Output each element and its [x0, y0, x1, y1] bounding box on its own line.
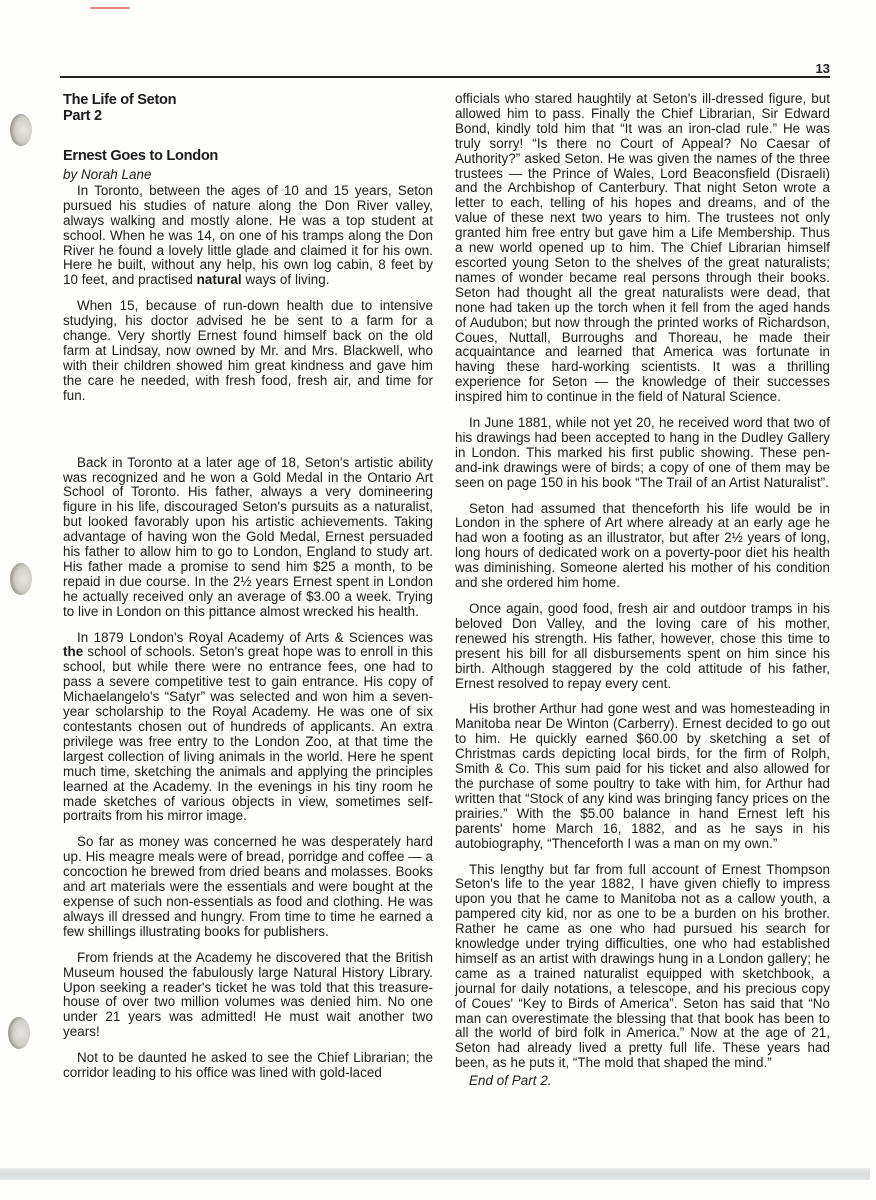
page-bottom-edge — [0, 1168, 870, 1180]
end-note: End of Part 2. — [455, 1074, 830, 1089]
paragraph: When 15, because of run-down health due … — [63, 299, 433, 403]
series-title: The Life of Seton — [63, 92, 433, 108]
red-pen-mark — [90, 7, 130, 9]
emphasis: the — [63, 644, 83, 659]
paragraph-continued: officials who stared haughtily at Seton'… — [455, 92, 830, 405]
paragraph: So far as money was concerned he was des… — [63, 835, 433, 939]
paragraph: From friends at the Academy he discovere… — [63, 951, 433, 1040]
paragraph: Once again, good food, fresh air and out… — [455, 602, 830, 691]
right-column: officials who stared haughtily at Seton'… — [455, 92, 830, 1089]
part-label: Part 2 — [63, 108, 433, 124]
punch-hole-middle — [10, 563, 32, 595]
paragraph: Back in Toronto at a later age of 18, Se… — [63, 456, 433, 620]
emphasis: natural — [197, 272, 242, 287]
paragraph: In 1879 London's Royal Academy of Arts &… — [63, 631, 433, 825]
header-rule — [60, 76, 830, 78]
punch-hole-top — [10, 114, 32, 146]
paragraph: This lengthy but far from full account o… — [455, 863, 830, 1072]
punch-hole-bottom — [8, 1017, 30, 1049]
page-number: 13 — [816, 61, 830, 76]
left-column: The Life of Seton Part 2 Ernest Goes to … — [63, 92, 433, 1092]
byline: by Norah Lane — [63, 168, 433, 183]
paragraph: His brother Arthur had gone west and was… — [455, 702, 830, 851]
paragraph: Not to be daunted he asked to see the Ch… — [63, 1051, 433, 1081]
paragraph: In June 1881, while not yet 20, he recei… — [455, 416, 830, 491]
article-title: Ernest Goes to London — [63, 148, 433, 164]
paragraph: In Toronto, between the ages of 10 and 1… — [63, 184, 433, 288]
paragraph: Seton had assumed that thenceforth his l… — [455, 502, 830, 591]
